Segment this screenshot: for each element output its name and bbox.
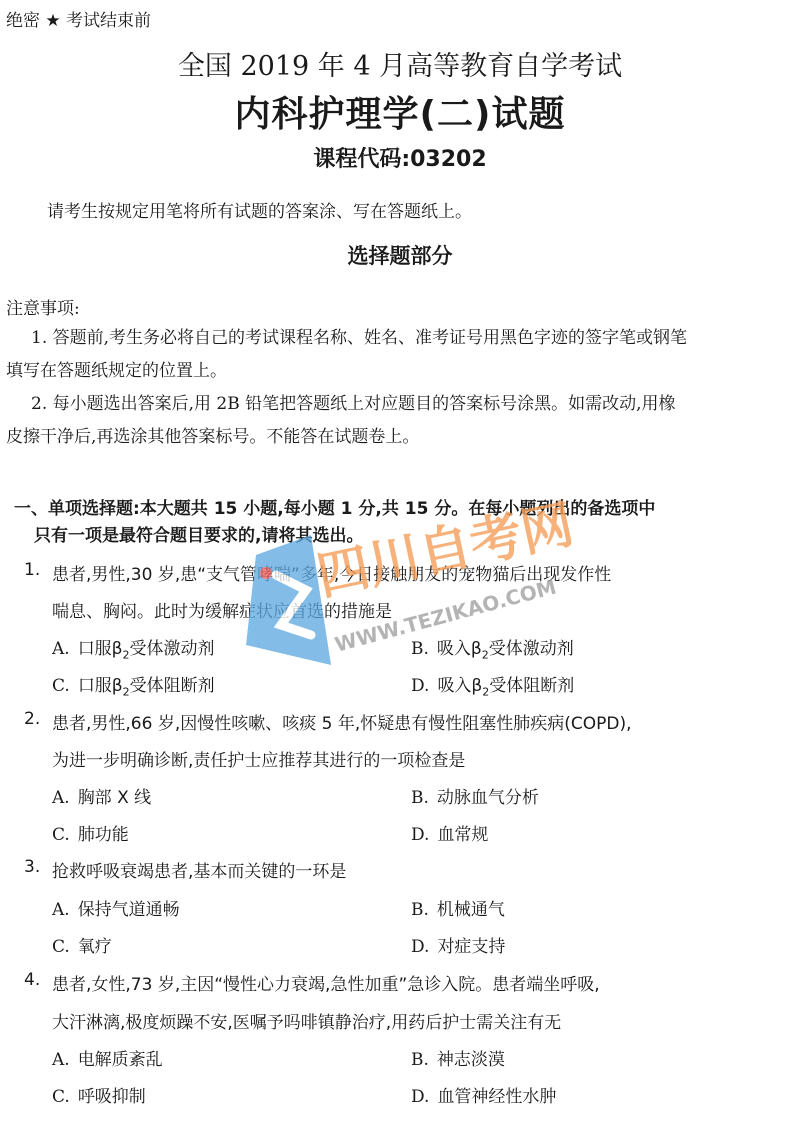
question-1-number: 1. <box>24 560 40 580</box>
question-2-option-b: B.动脉血气分析 <box>411 783 539 808</box>
question-1-option-c: C.口服β2受体阻断剂 <box>52 671 215 698</box>
question-3-option-b: B.机械通气 <box>411 895 505 920</box>
question-4-number: 4. <box>24 970 40 990</box>
question-1-line1: 患者,男性,30 岁,患“支气管哮喘”多年,今日接触朋友的宠物猫后出现发作性 <box>52 560 611 585</box>
note-1-line1: 1. 答题前,考生务必将自己的考试课程名称、姓名、准考证号用黑色字迹的签字笔或钢… <box>6 322 796 355</box>
question-4-line2: 大汗淋漓,极度烦躁不安,医嘱予吗啡镇静治疗,用药后护士需关注有无 <box>52 1008 561 1033</box>
question-3-option-c: C.氧疗 <box>52 932 112 957</box>
exam-title: 全国 2019 年 4 月高等教育自学考试 <box>0 44 800 83</box>
note-2-line1: 2. 每小题选出答案后,用 2B 铅笔把答题纸上对应题目的答案标号涂黑。如需改动… <box>6 388 796 421</box>
question-2-line1: 患者,男性,66 岁,因慢性咳嗽、咳痰 5 年,怀疑患有慢性阻塞性肺疾病(COP… <box>52 709 632 734</box>
question-2-option-c: C.肺功能 <box>52 820 129 845</box>
question-3-line1: 抢救呼吸衰竭患者,基本而关键的一环是 <box>52 857 346 882</box>
section-title: 选择题部分 <box>0 240 800 270</box>
question-1-option-b: B.吸入β2受体激动剂 <box>411 634 574 661</box>
note-item-1: 1. 答题前,考生务必将自己的考试课程名称、姓名、准考证号用黑色字迹的签字笔或钢… <box>6 322 796 388</box>
question-2-option-a: A.胸部 X 线 <box>52 783 151 808</box>
question-4-line1: 患者,女性,73 岁,主因“慢性心力衰竭,急性加重”急诊入院。患者端坐呼吸, <box>52 970 600 995</box>
intro-instruction: 请考生按规定用笔将所有试题的答案涂、写在答题纸上。 <box>47 197 472 222</box>
question-4-option-b: B.神志淡漠 <box>411 1045 505 1070</box>
question-4-option-c: C.呼吸抑制 <box>52 1082 146 1107</box>
question-2-line2: 为进一步明确诊断,责任护士应推荐其进行的一项检查是 <box>52 746 465 771</box>
question-3-option-a: A.保持气道通畅 <box>52 895 180 920</box>
note-1-line2: 填写在答题纸规定的位置上。 <box>6 355 796 388</box>
question-1-line2: 喘息、胸闷。此时为缓解症状应首选的措施是 <box>52 597 392 622</box>
question-3-option-d: D.对症支持 <box>411 932 505 957</box>
question-4-option-a: A.电解质紊乱 <box>52 1045 163 1070</box>
part1-header-line2: 只有一项是最符合题目要求的,请将其选出。 <box>14 523 655 550</box>
note-2-line2: 皮擦干净后,再选涂其他答案标号。不能答在试题卷上。 <box>6 421 796 454</box>
question-3-number: 3. <box>24 857 40 877</box>
part1-header-line1: 一、单项选择题:本大题共 15 小题,每小题 1 分,共 15 分。在每小题列出… <box>14 496 655 523</box>
confidential-label: 绝密 ★ 考试结束前 <box>6 6 151 31</box>
part1-header: 一、单项选择题:本大题共 15 小题,每小题 1 分,共 15 分。在每小题列出… <box>14 496 655 550</box>
subject-title: 内科护理学(二)试题 <box>0 86 800 137</box>
course-code: 课程代码:03202 <box>0 142 800 173</box>
notes-heading: 注意事项: <box>6 294 80 319</box>
question-2-option-d: D.血常规 <box>411 820 488 845</box>
question-1-option-a: A.口服β2受体激动剂 <box>52 634 215 661</box>
note-item-2: 2. 每小题选出答案后,用 2B 铅笔把答题纸上对应题目的答案标号涂黑。如需改动… <box>6 388 796 454</box>
question-2-number: 2. <box>24 709 40 729</box>
question-4-option-d: D.血管神经性水肿 <box>411 1082 556 1107</box>
question-1-option-d: D.吸入β2受体阻断剂 <box>411 671 574 698</box>
